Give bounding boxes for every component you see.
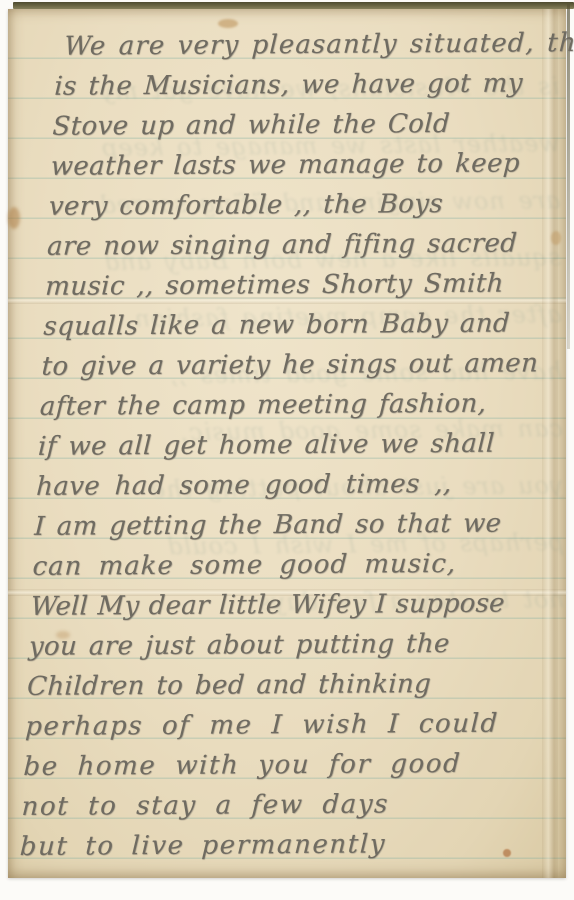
- letter-line: can make some good music,: [32, 543, 558, 587]
- letter-line: Children to bed and thinking: [26, 663, 552, 707]
- letter-line: We are very pleasantly situated, that: [55, 23, 574, 67]
- letter-line: have had some good times ,,: [35, 463, 561, 507]
- binding-edge: [13, 2, 574, 9]
- letter-line: very comfortable ,, the Boys: [48, 183, 574, 227]
- letter-line: is the Musicians, we have got my: [53, 63, 574, 107]
- letter-line: to give a variety he sings out amen: [41, 343, 567, 387]
- letter-line: are now singing and fifing sacred: [46, 223, 572, 267]
- letter-line: I am getting the Band so that we: [33, 503, 559, 547]
- letter-line: but to live permanently: [19, 823, 545, 867]
- letter-line: weather lasts we manage to keep: [50, 143, 574, 187]
- letter-line: Well My dear little Wifey I suppose: [30, 583, 556, 627]
- letter-line: Stove up and while the Cold: [52, 103, 574, 147]
- letter-line: be home with you for good: [23, 743, 549, 787]
- letter-line: after the camp meeting fashion,: [39, 383, 565, 427]
- letter-line: music ,, sometimes Shorty Smith: [44, 263, 570, 307]
- letter-body-text: We are very pleasantly situated, that is…: [19, 23, 574, 867]
- letter-page: is the Musicians, we have got my weather…: [8, 9, 566, 878]
- letter-line: you are just about putting the: [28, 623, 554, 667]
- stain: [8, 207, 20, 229]
- letter-line: not to stay a few days: [21, 783, 547, 827]
- letter-line: squalls like a new born Baby and: [43, 303, 569, 347]
- letter-line: if we all get home alive we shall: [37, 423, 563, 467]
- letter-line: perhaps of me I wish I could: [24, 703, 550, 747]
